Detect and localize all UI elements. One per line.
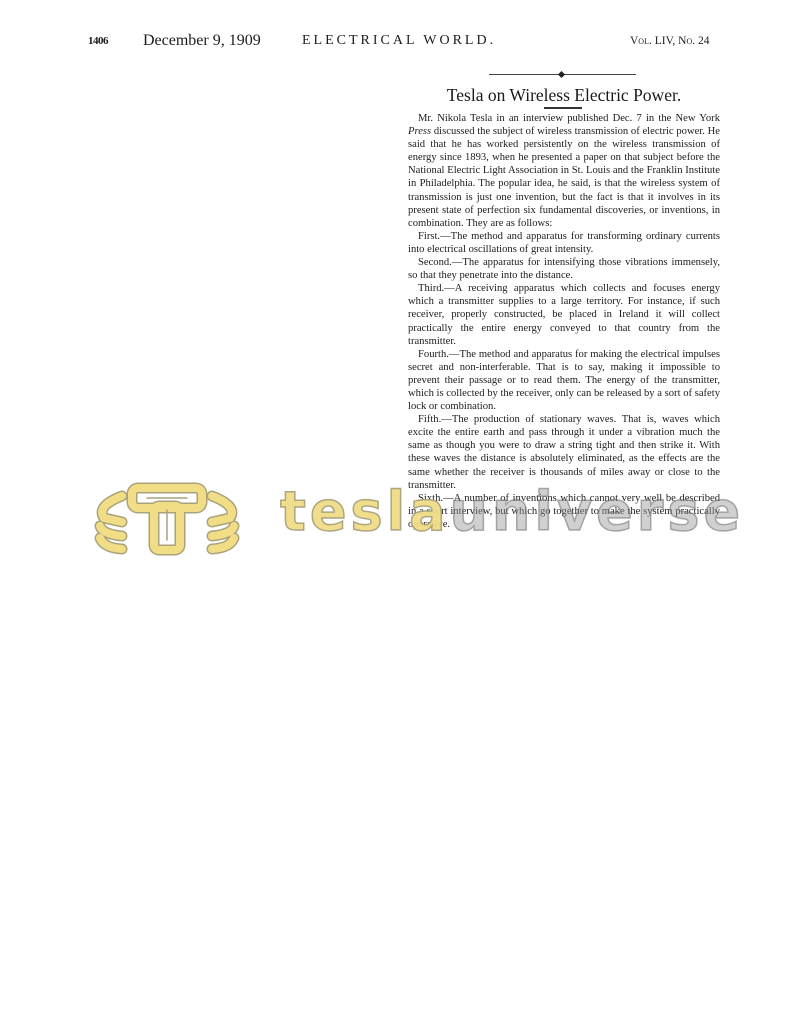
paragraph-second: Second.—The apparatus for intensifying t… (408, 256, 720, 282)
article-body: Mr. Nikola Tesla in an interview publish… (408, 112, 720, 531)
newspaper-name: Press (408, 126, 431, 137)
paragraph-first: First.—The method and apparatus for tran… (408, 230, 720, 256)
page-header: 1406 December 9, 1909 ELECTRICAL WORLD. … (0, 30, 800, 54)
issue-date: December 9, 1909 (143, 32, 261, 50)
paragraph-sixth: Sixth.—A number of inventions which cann… (408, 492, 720, 531)
volume-number: Vol. LIV, No. 24 (630, 35, 709, 47)
paragraph-fifth: Fifth.—The production of stationary wave… (408, 413, 720, 492)
title-underline-rule (544, 107, 582, 109)
paragraph-fourth: Fourth.—The method and apparatus for mak… (408, 348, 720, 413)
title-ornament-rule (489, 74, 636, 75)
tesla-coil-logo-icon (92, 482, 242, 558)
paragraph-third: Third.—A receiving apparatus which colle… (408, 282, 720, 347)
journal-title: ELECTRICAL WORLD. (302, 33, 496, 49)
article-title: Tesla on Wireless Electric Power. (408, 85, 720, 106)
page-number: 1406 (88, 35, 108, 47)
intro-paragraph: Mr. Nikola Tesla in an interview publish… (408, 112, 720, 230)
